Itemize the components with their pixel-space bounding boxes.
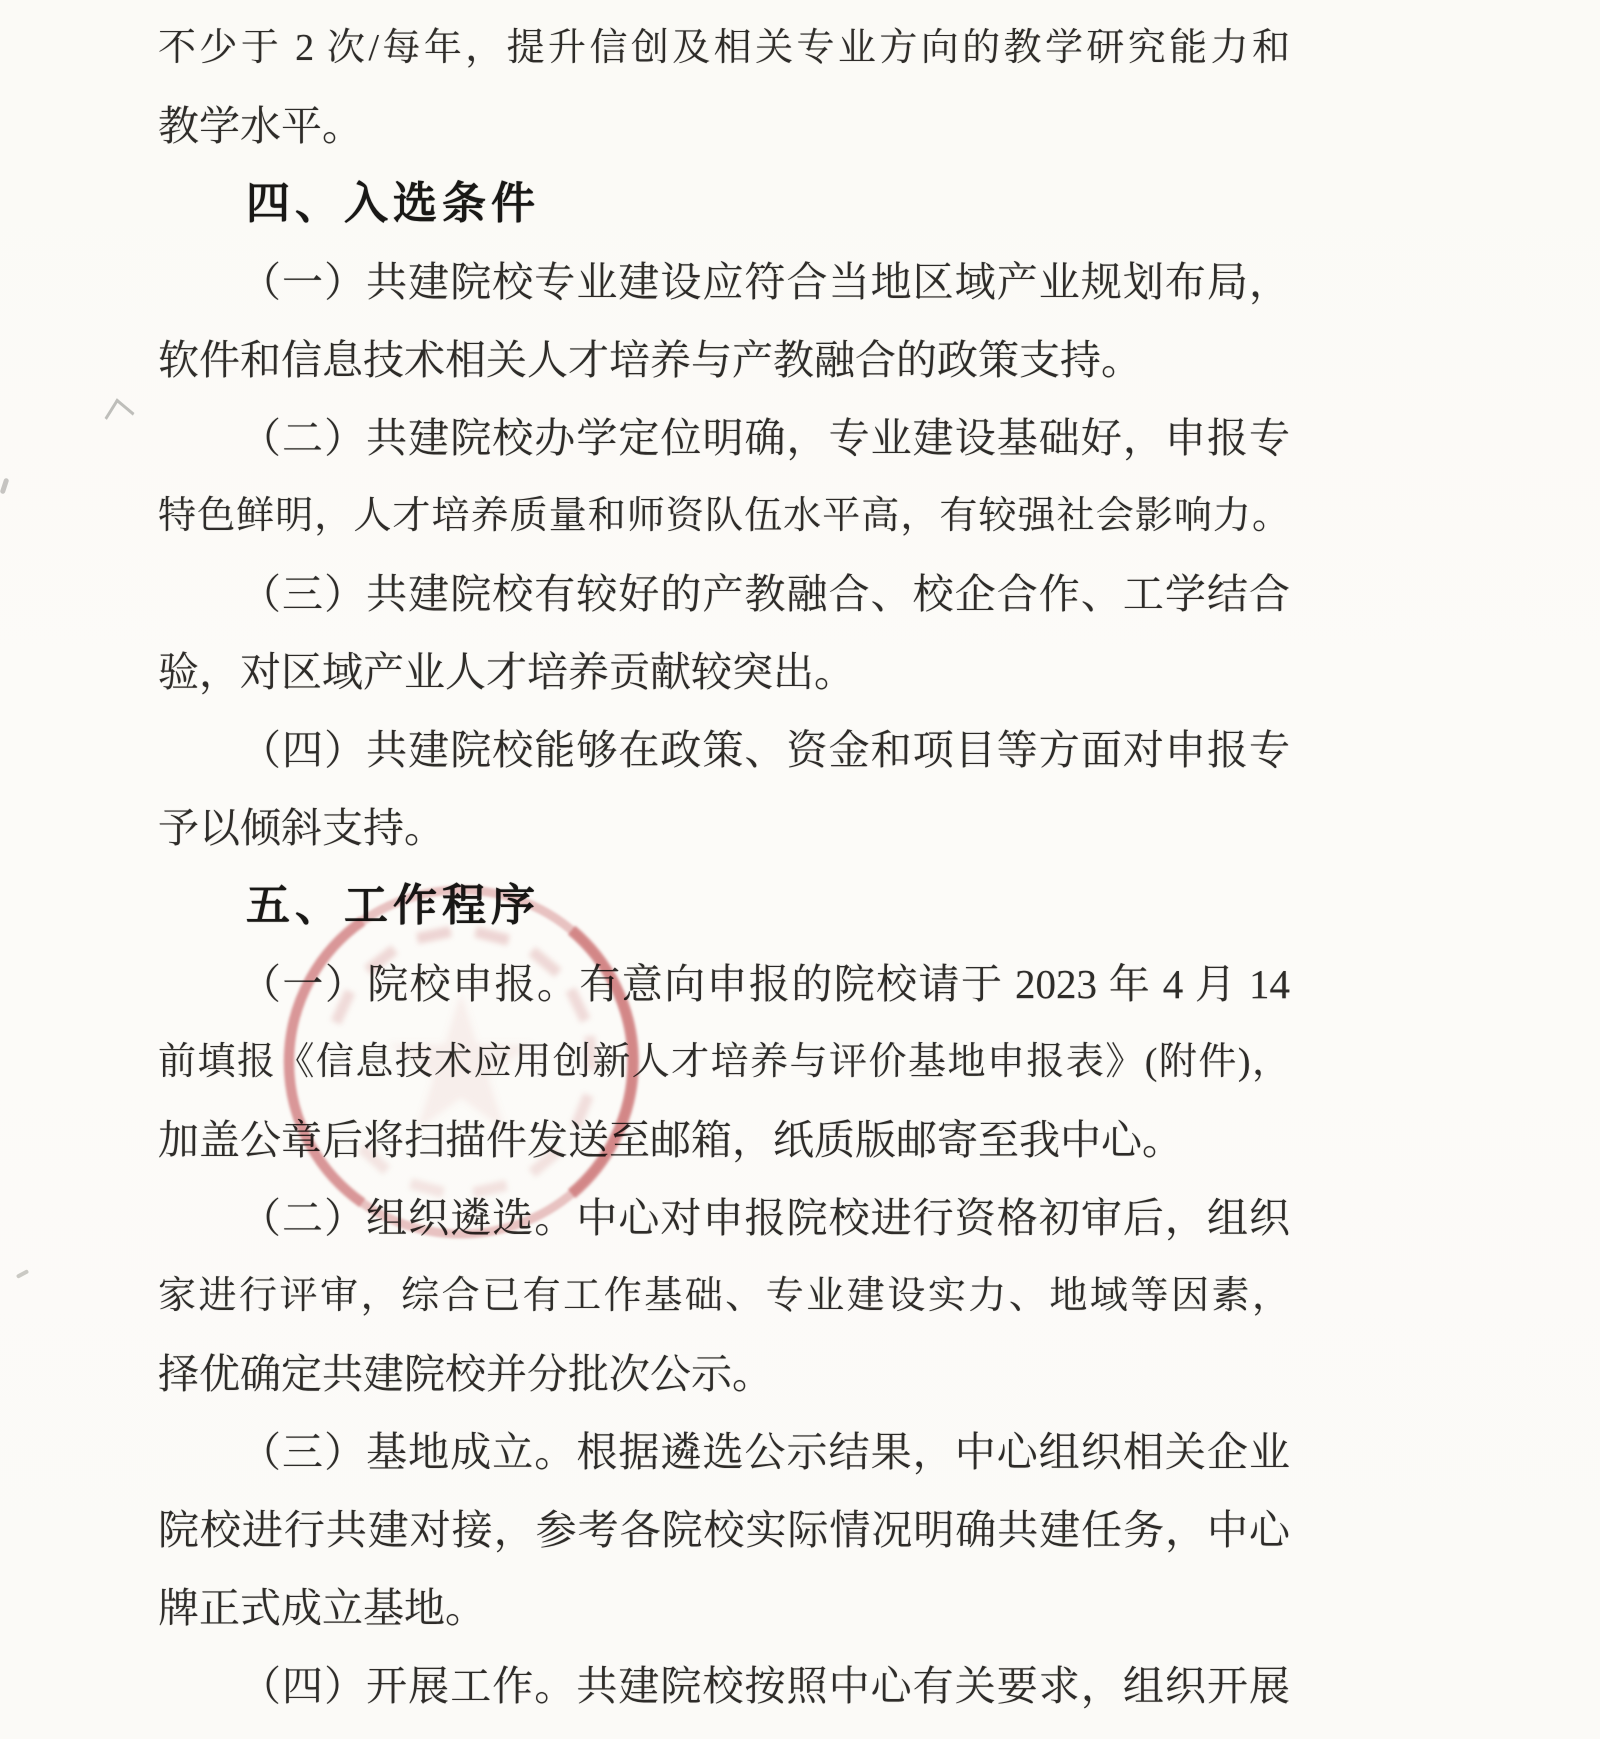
- paragraph: （三）共建院校有较好的产教融合、校企合作、工学结合经 验，对区域产业人才培养贡献…: [158, 555, 1290, 711]
- text-line: 家进行评审，综合已有工作基础、专业建设实力、地域等因素，: [158, 1257, 1290, 1335]
- section-heading: 五、工作程序: [158, 867, 1290, 945]
- text-line: （一）院校申报。有意向申报的院校请于 2023 年 4 月 14 日: [158, 945, 1290, 1023]
- section-heading: 四、入选条件: [158, 165, 1290, 243]
- document-text: 不少于 2 次/每年，提升信创及相关专业方向的教学研究能力和 教学水平。 四、入…: [158, 9, 1290, 1725]
- paragraph: （一）共建院校专业建设应符合当地区域产业规划布局，有 软件和信息技术相关人才培养…: [158, 243, 1290, 399]
- text-line: （四）开展工作。共建院校按照中心有关要求，组织开展基: [158, 1647, 1290, 1725]
- paragraph: （二）组织遴选。中心对申报院校进行资格初审后，组织专 家进行评审，综合已有工作基…: [158, 1179, 1290, 1413]
- paragraph: 不少于 2 次/每年，提升信创及相关专业方向的教学研究能力和 教学水平。: [158, 9, 1290, 165]
- text-line: 教学水平。: [158, 87, 1290, 165]
- text-line: 院校进行共建对接，参考各院校实际情况明确共建任务，中心授: [158, 1491, 1290, 1569]
- text-line: 特色鲜明，人才培养质量和师资队伍水平高，有较强社会影响力。: [158, 477, 1290, 555]
- text-line: （三）共建院校有较好的产教融合、校企合作、工学结合经: [158, 555, 1290, 633]
- text-line: 软件和信息技术相关人才培养与产教融合的政策支持。: [158, 321, 1290, 399]
- heading-line: 五、工作程序: [158, 867, 1290, 945]
- text-line: （一）共建院校专业建设应符合当地区域产业规划布局，有: [158, 243, 1290, 321]
- text-line: （四）共建院校能够在政策、资金和项目等方面对申报专业: [158, 711, 1290, 789]
- paragraph: （四）共建院校能够在政策、资金和项目等方面对申报专业 予以倾斜支持。: [158, 711, 1290, 867]
- paragraph: （二）共建院校办学定位明确，专业建设基础好，申报专业 特色鲜明，人才培养质量和师…: [158, 399, 1290, 555]
- text-line: 验，对区域产业人才培养贡献较突出。: [158, 633, 1290, 711]
- scan-artifact: [105, 398, 135, 432]
- text-line: 择优确定共建院校并分批次公示。: [158, 1335, 1290, 1413]
- text-line: （三）基地成立。根据遴选公示结果，中心组织相关企业和: [158, 1413, 1290, 1491]
- heading-line: 四、入选条件: [158, 165, 1290, 243]
- scan-artifact: [16, 1269, 29, 1279]
- paragraph: （三）基地成立。根据遴选公示结果，中心组织相关企业和 院校进行共建对接，参考各院…: [158, 1413, 1290, 1647]
- paragraph: （一）院校申报。有意向申报的院校请于 2023 年 4 月 14 日 前填报《信…: [158, 945, 1290, 1179]
- scan-artifact: [0, 478, 9, 495]
- text-line: （二）共建院校办学定位明确，专业建设基础好，申报专业: [158, 399, 1290, 477]
- text-line: 加盖公章后将扫描件发送至邮箱，纸质版邮寄至我中心。: [158, 1101, 1290, 1179]
- text-line: （二）组织遴选。中心对申报院校进行资格初审后，组织专: [158, 1179, 1290, 1257]
- text-line: 予以倾斜支持。: [158, 789, 1290, 867]
- text-line: 前填报《信息技术应用创新人才培养与评价基地申报表》(附件)，: [158, 1023, 1290, 1101]
- text-line: 不少于 2 次/每年，提升信创及相关专业方向的教学研究能力和: [158, 9, 1290, 87]
- document-page: { "page": { "background": "#fbfaf7", "te…: [0, 0, 1600, 1739]
- text-line: 牌正式成立基地。: [158, 1569, 1290, 1647]
- paragraph: （四）开展工作。共建院校按照中心有关要求，组织开展基: [158, 1647, 1290, 1725]
